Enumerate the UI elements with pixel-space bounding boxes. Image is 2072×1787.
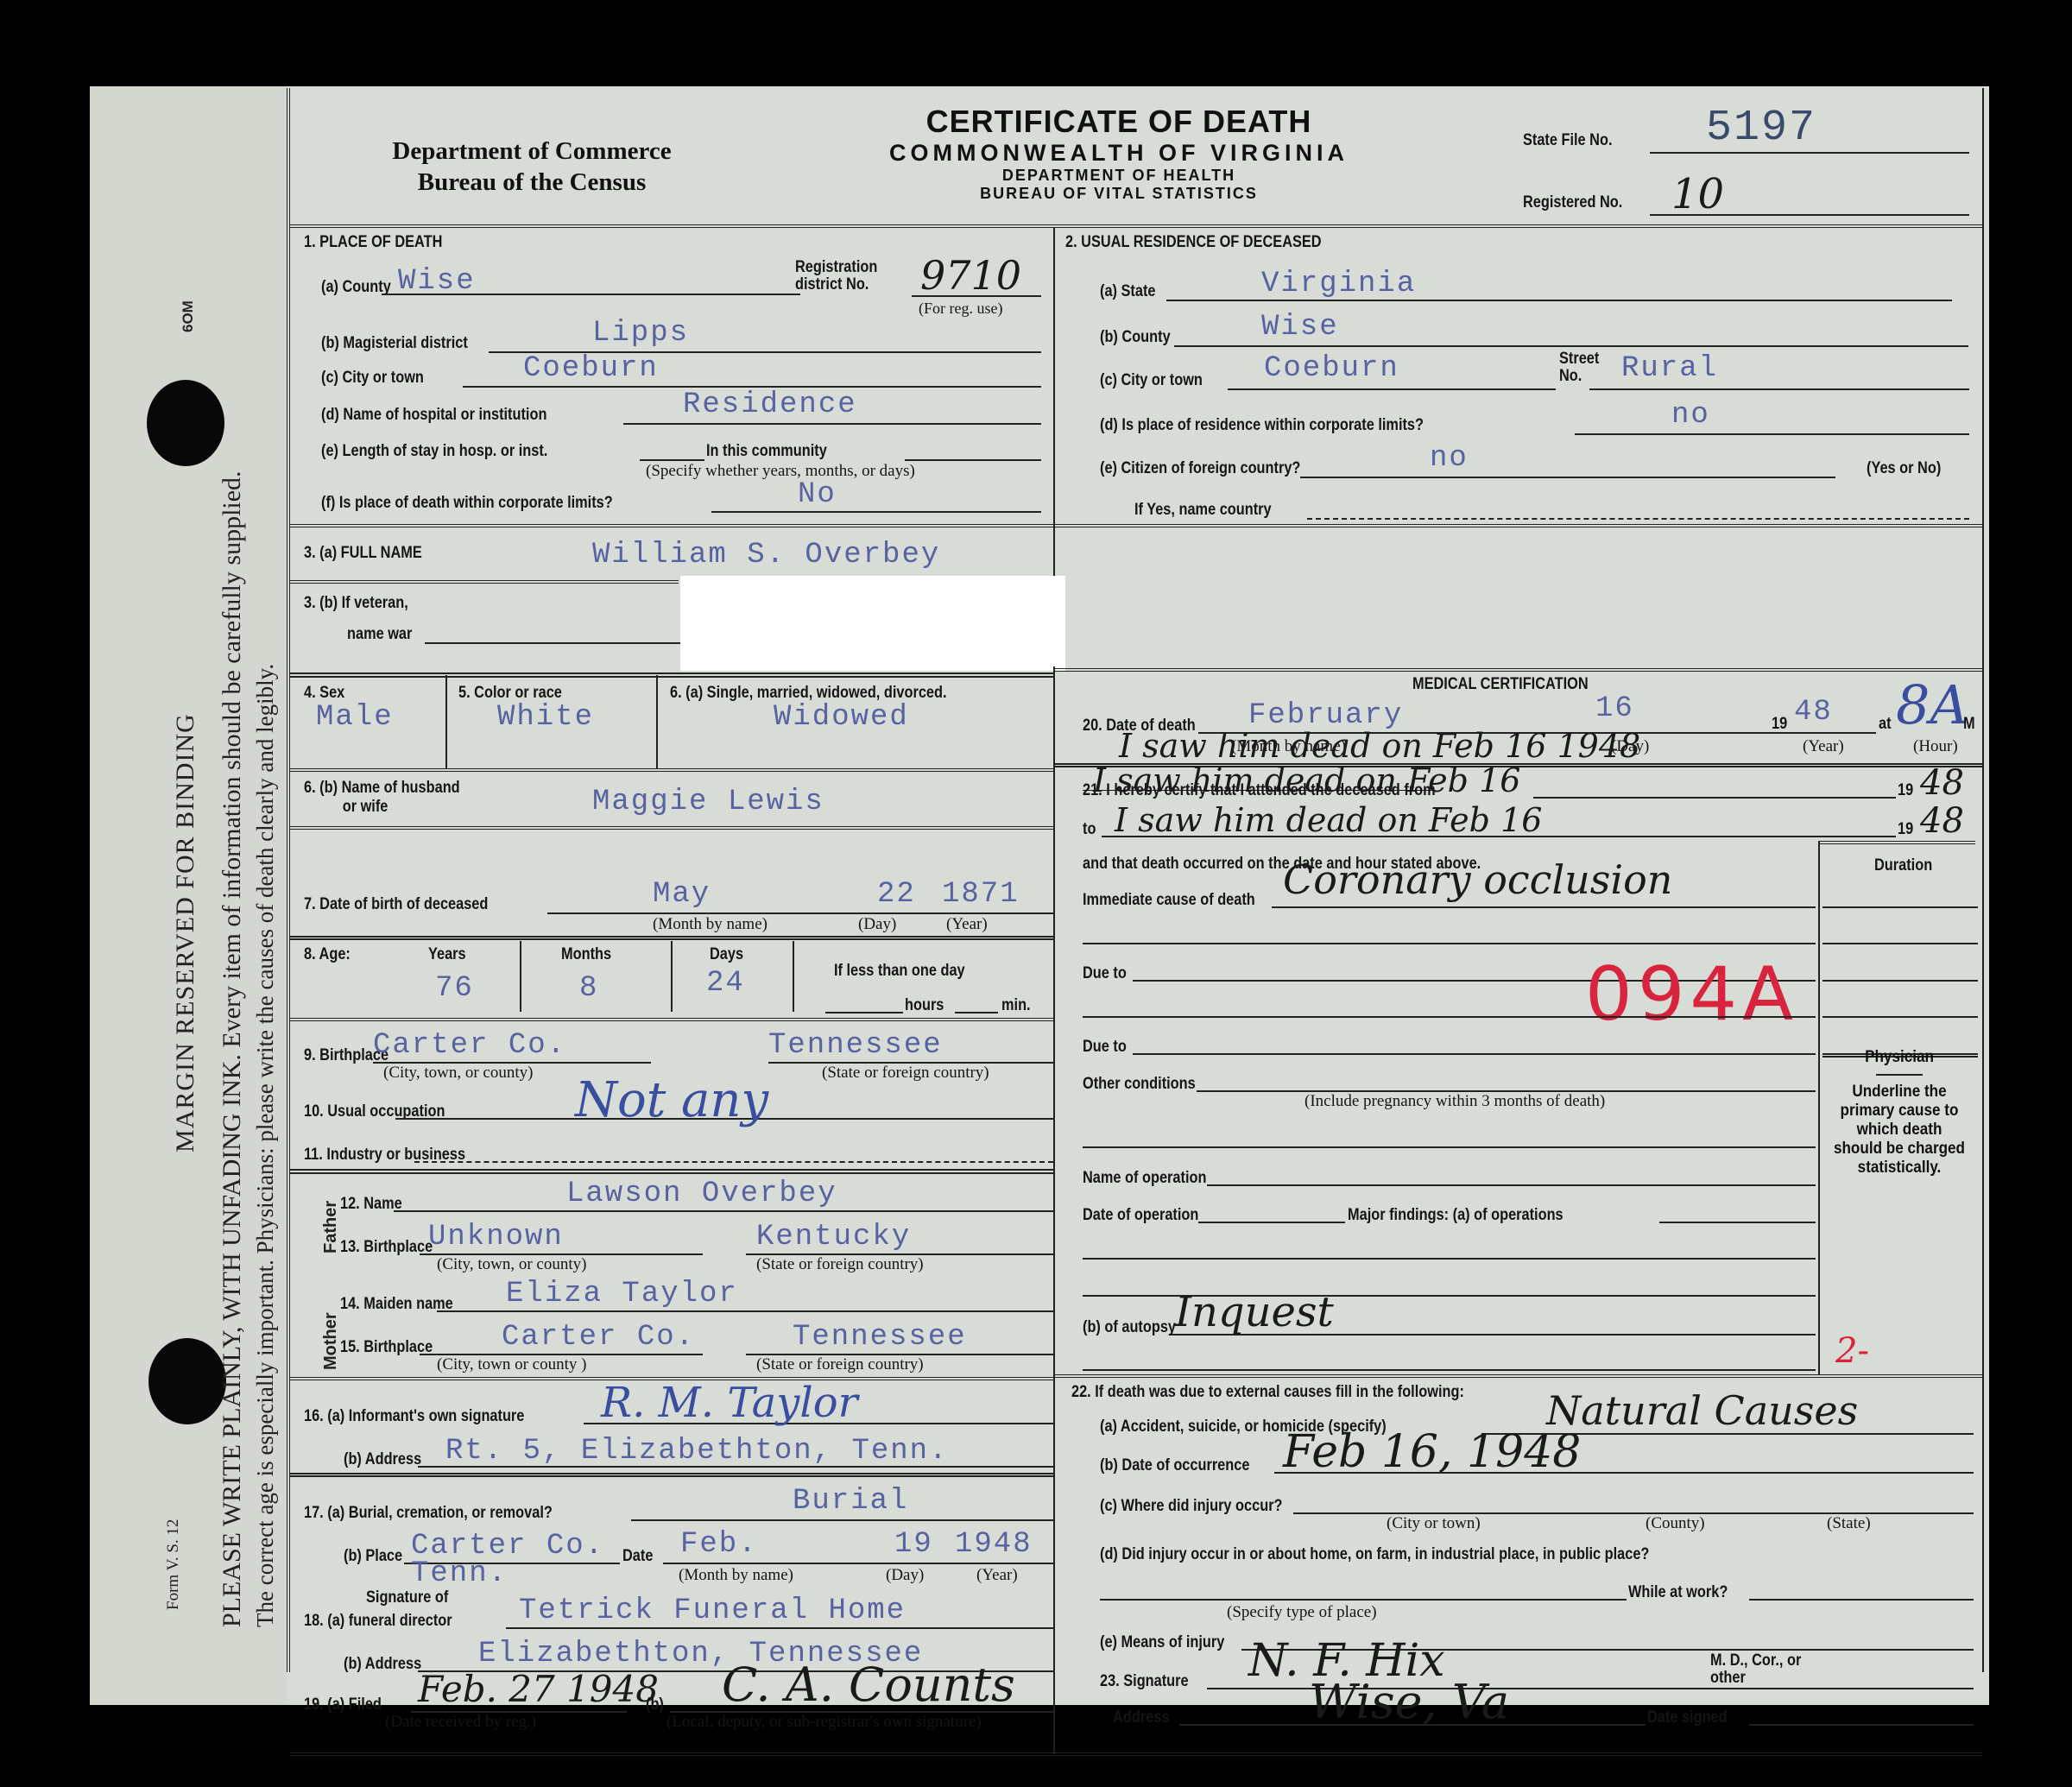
magisterial-value: Lipps: [592, 317, 689, 350]
registered-label: Registered No.: [1523, 193, 1622, 212]
death-date-annotation: I saw him dead on Feb 16 1948: [1119, 727, 1640, 765]
column-divider: [671, 941, 673, 1012]
death-year-note: (Year): [1803, 737, 1844, 756]
underline: [1083, 1016, 1816, 1018]
dept-line-1: Department of Commerce: [307, 136, 756, 167]
street-label: StreetNo.: [1559, 350, 1599, 385]
external-causes-heading: 22. If death was due to external causes …: [1071, 1383, 1464, 1402]
reg-use-note: (For reg. use): [919, 300, 1002, 318]
funeral-director-label: 18. (a) funeral director: [304, 1612, 452, 1631]
death-year-prefix: 19: [1772, 715, 1787, 734]
underline: [1307, 518, 1969, 520]
underline: [1659, 1222, 1816, 1223]
age-years-value: 76: [435, 972, 474, 1005]
instruction-line-2: The correct age is especially important.…: [252, 664, 279, 1627]
death-hour-value: 8A: [1896, 673, 1968, 736]
burial-day-note: (Day): [886, 1566, 924, 1585]
column-divider: [445, 675, 447, 768]
funeral-director-value: Tetrick Funeral Home: [519, 1594, 906, 1627]
father-name-label: 12. Name: [340, 1195, 402, 1214]
underline: [425, 642, 680, 644]
underline: [1749, 1724, 1974, 1726]
divider: [290, 1473, 1053, 1477]
min-label: min.: [1001, 996, 1031, 1015]
marital-label: 6. (a) Single, married, widowed, divorce…: [670, 684, 947, 703]
underline: [1083, 1146, 1816, 1148]
duration-column-divider: [1818, 841, 1820, 1374]
underline: [1822, 906, 1978, 908]
injury-place-label: (d) Did injury occur in or about home, o…: [1100, 1545, 1649, 1564]
res-corporate-label: (d) Is place of residence within corpora…: [1100, 416, 1424, 435]
burial-place-line2: Tenn.: [411, 1557, 508, 1590]
birthplace-city-value: Carter Co.: [373, 1029, 566, 1062]
underline: [1083, 943, 1816, 944]
less-day-label: If less than one day: [834, 962, 965, 981]
certificate-title: CERTIFICATE OF DEATH: [774, 104, 1464, 140]
hospital-label: (d) Name of hospital or institution: [321, 406, 546, 425]
physician-note-text: Underline the primary cause to which dea…: [1833, 1083, 1967, 1178]
underline: [640, 459, 704, 461]
injury-county-note: (County): [1646, 1514, 1705, 1533]
mother-name-value: Eliza Taylor: [506, 1278, 738, 1310]
dept-line-2: Bureau of the Census: [307, 167, 756, 198]
underline: [547, 912, 1053, 914]
pod-city-value: Coeburn: [523, 352, 659, 385]
divider: [290, 580, 679, 584]
res-county-label: (b) County: [1100, 328, 1171, 347]
res-state-label: (a) State: [1100, 282, 1155, 301]
underline: [1749, 1599, 1974, 1601]
redacted-area: [680, 576, 1065, 671]
informant-sig-label: 16. (a) Informant's own signature: [304, 1407, 524, 1426]
dept-health: DEPARTMENT OF HEALTH: [774, 167, 1464, 185]
underline: [1533, 797, 1896, 799]
funeral-address-label: (b) Address: [344, 1655, 421, 1674]
census-dept: Department of Commerce Bureau of the Cen…: [307, 136, 756, 198]
veteran-label: 3. (b) If veteran,: [304, 594, 408, 613]
age-months-value: 8: [579, 972, 598, 1005]
birthplace-state-note: (State or foreign country): [822, 1064, 989, 1083]
underline: [1198, 1222, 1345, 1223]
full-name-label: 3. (a) FULL NAME: [304, 544, 422, 563]
burial-year-value: 1948: [955, 1528, 1033, 1561]
burial-month-note: (Month by name): [679, 1566, 793, 1585]
dob-month-value: May: [653, 878, 711, 911]
bottom-border: [290, 1752, 1982, 1756]
death-hour-note: (Hour): [1913, 737, 1958, 756]
father-bp-city-value: Unknown: [428, 1221, 564, 1253]
form-number: Form V. S. 12: [164, 1519, 183, 1610]
underline: [1083, 1369, 1816, 1371]
occurrence-date-value: Feb 16, 1948: [1283, 1426, 1581, 1478]
dob-month-note: (Month by name): [653, 915, 768, 934]
physician-note: Physician Underline the primary cause to…: [1833, 1048, 1967, 1178]
underline: [631, 1519, 1053, 1521]
certify-year-prefix: 19: [1898, 781, 1913, 800]
to-year-prefix: 19: [1898, 820, 1913, 839]
divider: [1053, 668, 1982, 672]
underline: [1822, 943, 1978, 944]
injury-state-note: (State): [1827, 1514, 1871, 1533]
spouse-value: Maggie Lewis: [592, 786, 824, 818]
burial-day-value: 19: [894, 1528, 933, 1561]
yes-no-note: (Yes or No): [1867, 459, 1941, 478]
burial-date-label: Date: [622, 1547, 653, 1566]
punch-hole: [147, 380, 224, 466]
father-name-value: Lawson Overbey: [566, 1178, 837, 1210]
mother-bp-state-value: Tennessee: [793, 1321, 967, 1354]
death-day-value: 16: [1595, 692, 1634, 725]
underline: [1207, 1184, 1816, 1186]
margin-stamp: 6OM: [180, 300, 197, 332]
marital-value: Widowed: [774, 701, 909, 734]
due-to-label: Due to: [1083, 964, 1127, 983]
filed-date-value: Feb. 27 1948: [418, 1668, 659, 1710]
registered-number: 10: [1671, 170, 1724, 218]
country-label: If Yes, name country: [1134, 501, 1272, 520]
m-label: M: [1963, 715, 1975, 734]
funeral-sig-of: Signature of: [366, 1588, 448, 1607]
occupation-value: Not any: [575, 1072, 768, 1128]
reg-district-label: Registrationdistrict No.: [795, 259, 877, 294]
injury-city-note: (City or town): [1387, 1514, 1481, 1533]
divider: [290, 524, 1982, 527]
age-days-value: 24: [706, 967, 745, 1000]
street-label-2: No.: [1559, 367, 1582, 385]
burial-year-note: (Year): [976, 1566, 1018, 1585]
underline: [1589, 388, 1969, 390]
cause-code-stamp: 094A: [1585, 951, 1798, 1038]
res-county-value: Wise: [1261, 311, 1339, 344]
certify-annotation: I saw him dead on Feb 16: [1093, 761, 1520, 799]
physician-note-title: Physician: [1833, 1048, 1967, 1067]
res-city-value: Coeburn: [1264, 352, 1399, 385]
sex-label: 4. Sex: [304, 684, 344, 703]
community-label: In this community: [706, 442, 827, 461]
informant-signature: R. M. Taylor: [601, 1379, 858, 1427]
divider: [290, 936, 1053, 940]
underline: [825, 1012, 903, 1013]
underline: [663, 1563, 1053, 1564]
while-at-work-label: While at work?: [1628, 1583, 1728, 1602]
mother-bp-city-value: Carter Co.: [502, 1321, 695, 1354]
underline: [1228, 388, 1556, 390]
years-label: Years: [428, 945, 466, 964]
reg-district-label-1: Registration: [795, 258, 877, 276]
underline: [506, 1627, 1053, 1629]
operation-date-label: Date of operation: [1083, 1206, 1198, 1225]
underline: [463, 386, 1041, 388]
res-corporate-value: no: [1671, 399, 1710, 432]
reg-district-label-2: district No.: [795, 275, 869, 294]
underline: [1300, 477, 1835, 478]
underline: [1083, 1258, 1816, 1260]
other-conditions-label: Other conditions: [1083, 1075, 1196, 1094]
place-of-death-heading: 1. PLACE OF DEATH: [304, 233, 442, 252]
injury-place-note: (Specify type of place): [1227, 1603, 1377, 1622]
mother-city-note: (City, town or county ): [437, 1355, 586, 1374]
birthplace-city-note: (City, town, or county): [383, 1064, 533, 1083]
underline: [955, 1012, 998, 1013]
dob-label: 7. Date of birth of deceased: [304, 895, 488, 914]
injury-where-label: (c) Where did injury occur?: [1100, 1497, 1283, 1516]
underline: [1272, 906, 1816, 908]
burial-month-value: Feb.: [680, 1528, 758, 1561]
underline: [1174, 345, 1968, 347]
operation-label: Name of operation: [1083, 1169, 1206, 1188]
reg-district-number: 9710: [920, 252, 1021, 299]
underline: [394, 1210, 1053, 1212]
punch-hole: [148, 1338, 226, 1424]
days-label: Days: [710, 945, 743, 964]
immediate-cause-label: Immediate cause of death: [1083, 891, 1255, 910]
bureau-vital-stats: BUREAU OF VITAL STATISTICS: [774, 185, 1464, 203]
immediate-cause-value: Coronary occlusion: [1283, 856, 1672, 903]
underline: [437, 1310, 1053, 1312]
underline: [1100, 1599, 1627, 1601]
medical-heading: MEDICAL CERTIFICATION: [1412, 675, 1589, 694]
divider: [290, 224, 1982, 228]
instruction-line-1: PLEASE WRITE PLAINLY, WITH UNFADING INK.…: [218, 470, 247, 1627]
spouse-label-1: 6. (b) Name of husband: [304, 779, 460, 797]
divider: [290, 1169, 1053, 1174]
to-annotation: I saw him dead on Feb 16: [1115, 801, 1542, 839]
underline: [711, 511, 1041, 513]
burial-place-label: (b) Place: [344, 1547, 402, 1566]
physician-address-label: Address: [1113, 1708, 1169, 1727]
citizen-value: no: [1430, 442, 1469, 475]
occurrence-date-label: (b) Date of occurrence: [1100, 1456, 1249, 1475]
divider: [290, 826, 1053, 830]
column-divider: [1053, 228, 1055, 609]
divider: [1876, 1074, 1923, 1076]
underline: [1822, 1016, 1978, 1018]
duration-label: Duration: [1874, 856, 1932, 875]
street-label-1: Street: [1559, 350, 1599, 368]
race-value: White: [497, 701, 594, 734]
residence-heading: 2. USUAL RESIDENCE OF DECEASED: [1065, 233, 1322, 252]
physician-title-label: M. D., Cor., or other: [1710, 1652, 1814, 1687]
mother-tag: Mother: [321, 1312, 341, 1370]
father-city-note: (City, town, or county): [437, 1255, 586, 1274]
res-city-label: (c) City or town: [1100, 371, 1203, 390]
spouse-label: 6. (b) Name of husbandor wife: [304, 779, 460, 817]
dob-year-value: 1871: [942, 878, 1020, 911]
red-mark: 2-: [1835, 1331, 1869, 1371]
autopsy-value: Inquest: [1175, 1288, 1334, 1336]
underline: [905, 459, 1041, 461]
commonwealth-title: COMMONWEALTH OF VIRGINIA: [774, 140, 1464, 167]
divider: [1053, 1374, 1982, 1378]
underline: [414, 1161, 1053, 1163]
informant-address-label: (b) Address: [344, 1450, 421, 1469]
filed-b-label: (b): [646, 1695, 664, 1714]
months-label: Months: [561, 945, 611, 964]
to-label: to: [1083, 820, 1096, 839]
stay-label: (e) Length of stay in hosp. or inst.: [321, 442, 547, 461]
sex-value: Male: [316, 701, 394, 734]
death-year-value: 48: [1794, 696, 1833, 729]
spouse-label-2: or wife: [304, 798, 388, 816]
to-year-value: 48: [1920, 801, 1964, 841]
hours-label: hours: [905, 996, 944, 1015]
column-divider: [793, 941, 794, 1012]
filed-label: 19. (a) Filed: [304, 1695, 382, 1714]
hospital-value: Residence: [683, 388, 857, 421]
divider: [1820, 841, 1975, 844]
registrar-sig-note: (Local, deputy, or sub-registrar's own s…: [666, 1713, 982, 1732]
race-label: 5. Color or race: [458, 684, 562, 703]
informant-address-value: Rt. 5, Elizabethton, Tenn.: [445, 1435, 949, 1468]
citizen-label: (e) Citizen of foreign country?: [1100, 459, 1300, 478]
father-tag: Father: [321, 1201, 341, 1253]
certify-year-value: 48: [1920, 763, 1964, 803]
accident-value: Natural Causes: [1546, 1387, 1858, 1434]
burial-type-label: 17. (a) Burial, cremation, or removal?: [304, 1504, 553, 1523]
war-label: name war: [347, 625, 412, 644]
father-bp-state-value: Kentucky: [756, 1221, 911, 1253]
means-label: (e) Means of injury: [1100, 1633, 1224, 1652]
state-file-label: State File No.: [1523, 131, 1613, 150]
res-street-value: Rural: [1621, 352, 1718, 385]
column-divider: [520, 941, 521, 1012]
physician-address-value: Wise, Va: [1309, 1675, 1509, 1729]
due-to-label-2: Due to: [1083, 1038, 1127, 1057]
at-label: at: [1879, 715, 1892, 734]
column-divider: [1053, 666, 1055, 1754]
res-state-value: Virginia: [1261, 268, 1416, 300]
pod-county-label: (a) County: [321, 278, 391, 297]
certificate-title-block: CERTIFICATE OF DEATH COMMONWEALTH OF VIR…: [774, 104, 1464, 203]
underline: [1575, 433, 1969, 435]
underline: [623, 423, 1041, 425]
death-certificate-form: Department of Commerce Bureau of the Cen…: [287, 88, 1984, 1672]
registrar-signature: C. A. Counts: [722, 1658, 1015, 1712]
father-state-note: (State or foreign country): [756, 1255, 924, 1274]
magisterial-label: (b) Magisterial district: [321, 334, 468, 353]
autopsy-label: (b) of autopsy: [1083, 1318, 1176, 1337]
underline: [1133, 1053, 1816, 1055]
birthplace-state-value: Tennessee: [768, 1029, 943, 1062]
burial-type-value: Burial: [793, 1485, 908, 1518]
divider: [290, 672, 1053, 678]
other-conditions-note: (Include pregnancy within 3 months of de…: [1304, 1092, 1605, 1111]
pod-corporate-value: No: [798, 478, 837, 511]
divider: [290, 768, 1053, 772]
dob-year-note: (Year): [946, 915, 988, 934]
divider: [290, 1018, 1053, 1021]
dob-day-note: (Day): [858, 915, 896, 934]
pod-county-value: Wise: [398, 265, 476, 298]
pod-city-label: (c) City or town: [321, 369, 424, 388]
physician-sig-label: 23. Signature: [1100, 1672, 1189, 1691]
underline: [1822, 980, 1978, 982]
binding-note: MARGIN RESERVED FOR BINDING: [171, 713, 200, 1152]
stay-note: (Specify whether years, months, or days): [646, 462, 915, 481]
filed-date-note: (Date received by reg.): [385, 1713, 536, 1732]
column-divider: [656, 675, 658, 768]
mother-state-note: (State or foreign country): [756, 1355, 924, 1374]
state-file-number: 5197: [1706, 104, 1816, 153]
age-label: 8. Age:: [304, 945, 351, 964]
dob-day-value: 22: [877, 878, 916, 911]
pod-corporate-label: (f) Is place of death within corporate l…: [321, 494, 613, 513]
date-signed-label: Date signed: [1647, 1708, 1728, 1727]
findings-label: Major findings: (a) of operations: [1348, 1206, 1563, 1225]
full-name-value: William S. Overbey: [592, 539, 940, 571]
